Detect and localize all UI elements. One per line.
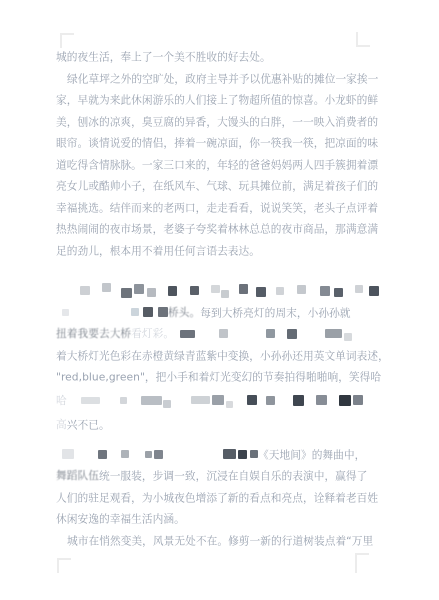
mosaic-block — [344, 333, 352, 341]
text-line: 城的夜生活，奉上了一个美不胜收的好去处。 — [56, 46, 386, 68]
mosaic-block — [353, 395, 363, 405]
partially-redacted-line: 哈 — [56, 390, 386, 412]
text-segment: 足的劲儿，根本用不着用任何言语去表达。 — [56, 244, 260, 257]
mosaic-block — [355, 285, 363, 293]
text-segment: 统一服装，步调一致，沉浸在自娱自乐的表演中，赢得了 — [99, 469, 367, 482]
mosaic-block — [143, 307, 153, 317]
text-line: 幸福挑选。结伴而来的老两口，走走看看，说说笑笑，老头子点评着 — [56, 197, 386, 219]
mosaic-block — [180, 330, 195, 338]
mosaic-block — [145, 451, 152, 458]
mosaic-block — [62, 449, 74, 459]
mosaic-block — [334, 288, 343, 297]
mosaic-block — [239, 284, 248, 294]
text-line: 休闲安逸的幸福生活内涵。 — [56, 508, 386, 530]
text-line: 热热闹闹的夜市场景，老婆子夸奖着林林总总的夜市商品，那满意满 — [56, 218, 386, 240]
text-segment: 休闲安逸的幸福生活内涵。 — [56, 512, 185, 525]
mosaic-block — [223, 449, 236, 459]
redaction-mosaic — [174, 323, 352, 345]
text-segment: 桥头。 — [168, 306, 200, 319]
text-segment: 绿化草坪之外的空旷处，政府主导并予以优惠补贴的摊位一家挨一 — [67, 72, 378, 85]
text-line: 道吃得含情脉脉。一家三口来的，年轻的爸爸妈妈两人四手簇拥着漂 — [56, 154, 386, 176]
mosaic-block — [81, 397, 100, 404]
mosaic-block — [250, 450, 258, 458]
mosaic-block — [316, 395, 327, 405]
mosaic-block — [190, 286, 199, 295]
text-segment: 家，早就为来此休闲游乐的人们接上了物超所值的惊喜。小龙虾的鲜 — [56, 93, 378, 106]
text-segment: 扭着我要去大桥 — [56, 327, 131, 340]
mosaic-block — [226, 401, 233, 408]
mosaic-block — [297, 285, 306, 294]
mosaic-block — [221, 290, 229, 298]
redacted-line — [56, 280, 386, 302]
mosaic-block — [238, 450, 247, 459]
mosaic-block — [191, 396, 210, 404]
text-line: 亮女儿或酷帅小子，在纸风车、气球、玩具摊位前，满足着孩子们的 — [56, 175, 386, 197]
mosaic-block — [147, 288, 156, 297]
redaction-mosaic — [56, 444, 258, 466]
mosaic-block — [134, 284, 144, 294]
mosaic-block — [287, 329, 297, 339]
mosaic-block — [102, 283, 111, 292]
mosaic-block — [158, 307, 168, 317]
redaction-mosaic — [56, 302, 168, 324]
mosaic-block — [98, 450, 107, 459]
mosaic-block — [325, 329, 342, 338]
text-line: 家，早就为来此休闲游乐的人们接上了物超所值的惊喜。小龙虾的鲜 — [56, 89, 386, 111]
text-segment: 热热闹闹的夜市场景，老婆子夸奖着林林总总的夜市商品，那满意满 — [56, 222, 378, 235]
text-segment: 哈 — [56, 394, 67, 407]
mosaic-block — [211, 285, 220, 293]
screen: 城的夜生活，奉上了一个美不胜收的好去处。绿化草坪之外的空旷处，政府主导并予以优惠… — [0, 0, 439, 600]
mosaic-block — [121, 288, 132, 298]
text-segment: 亮女儿或酷帅小子，在纸风车、气球、玩具摊位前，满足着孩子们的 — [56, 179, 378, 192]
text-segment: 人们的驻足观看，为小城夜色增添了新的看点和亮点，诠释着老百姓 — [56, 491, 378, 504]
text-segment: 每到大桥亮灯的周末，小孙孙就 — [200, 306, 350, 319]
text-segment: 着大桥灯光色彩在赤橙黄绿青蓝紫中变换，小孙孙还用英文单词表述， — [56, 349, 389, 362]
mosaic-block — [163, 400, 171, 408]
mosaic-block — [276, 287, 284, 295]
text-segment: 舞蹈队伍 — [56, 469, 99, 482]
mosaic-block — [266, 329, 275, 338]
article-text: 城的夜生活，奉上了一个美不胜收的好去处。绿化草坪之外的空旷处，政府主导并予以优惠… — [56, 46, 386, 551]
mosaic-block — [62, 309, 69, 316]
text-segment: "red,blue,green"，把小手和着灯光变幻的节奏拍得啪啪响，笑得哈 — [56, 370, 381, 383]
text-line: 舞蹈队伍统一服装，步调一致，沉浸在自娱自乐的表演中，赢得了 — [56, 465, 386, 487]
mosaic-block — [121, 450, 129, 458]
text-segment: 城市在悄然变美，风景无处不在。修剪一新的行道树装点着“万里 — [67, 534, 373, 547]
text-segment: 幸福挑选。结伴而来的老两口，走走看看，说说笑笑，老头子点评着 — [56, 201, 378, 214]
mosaic-block — [256, 287, 266, 297]
text-segment: 《天地间》的舞曲中， — [258, 448, 365, 461]
text-segment: 高 — [56, 418, 67, 431]
redaction-mosaic — [67, 390, 363, 412]
text-line: 美，刨冰的凉爽，臭豆腐的异香，大馒头的白胖，一一映入消费者的 — [56, 111, 386, 133]
text-line: 绿化草坪之外的空旷处，政府主导并予以优惠补贴的摊位一家挨一 — [56, 68, 386, 90]
text-segment: 兴不已。 — [67, 418, 110, 431]
mosaic-block — [131, 308, 139, 316]
partially-redacted-line: 扭着我要去大桥看灯彩。 — [56, 323, 386, 345]
partially-redacted-line: 桥头。每到大桥亮灯的周末，小孙孙就 — [56, 302, 386, 324]
mosaic-block — [320, 286, 330, 296]
mosaic-block — [247, 395, 257, 405]
text-segment: 眼帘。谈情说爱的情侣，捧着一碗凉面，你一筷我一筷，把凉面的味 — [56, 136, 378, 149]
mosaic-block — [168, 286, 177, 296]
text-line: 城市在悄然变美，风景无处不在。修剪一新的行道树装点着“万里 — [56, 530, 386, 552]
text-line: 人们的驻足观看，为小城夜色增添了新的看点和亮点，诠释着老百姓 — [56, 487, 386, 509]
text-line: 足的劲儿，根本用不着用任何言语去表达。 — [56, 240, 386, 262]
corner-mark-top-right — [356, 32, 370, 47]
mosaic-block — [339, 395, 351, 406]
text-segment: 看灯彩。 — [131, 327, 174, 340]
partially-redacted-line: 高兴不已。 — [56, 414, 386, 436]
mosaic-block — [369, 286, 379, 296]
text-line: "red,blue,green"，把小手和着灯光变幻的节奏拍得啪啪响，笑得哈 — [56, 366, 386, 388]
mosaic-block — [293, 395, 304, 406]
redaction-mosaic — [56, 280, 379, 302]
corner-mark-bottom-right — [355, 553, 369, 573]
partially-redacted-line: 《天地间》的舞曲中， — [56, 444, 386, 466]
text-segment: 道吃得含情脉脉。一家三口来的，年轻的爸爸妈妈两人四手簇拥着漂 — [56, 158, 378, 171]
text-line: 眼帘。谈情说爱的情侣，捧着一碗凉面，你一筷我一筷，把凉面的味 — [56, 132, 386, 154]
mosaic-block — [141, 396, 162, 405]
text-line: 着大桥灯光色彩在赤橙黄绿青蓝紫中变换，小孙孙还用英文单词表述， — [56, 345, 386, 367]
mosaic-block — [212, 395, 224, 405]
mosaic-block — [219, 329, 228, 338]
mosaic-block — [266, 396, 275, 405]
corner-mark-bottom-left — [57, 558, 71, 573]
mosaic-block — [154, 450, 163, 459]
mosaic-block — [120, 397, 127, 404]
text-segment: 美，刨冰的凉爽，臭豆腐的异香，大馒头的白胖，一一映入消费者的 — [56, 115, 378, 128]
text-segment: 城的夜生活，奉上了一个美不胜收的好去处。 — [56, 50, 271, 63]
mosaic-block — [80, 286, 90, 295]
